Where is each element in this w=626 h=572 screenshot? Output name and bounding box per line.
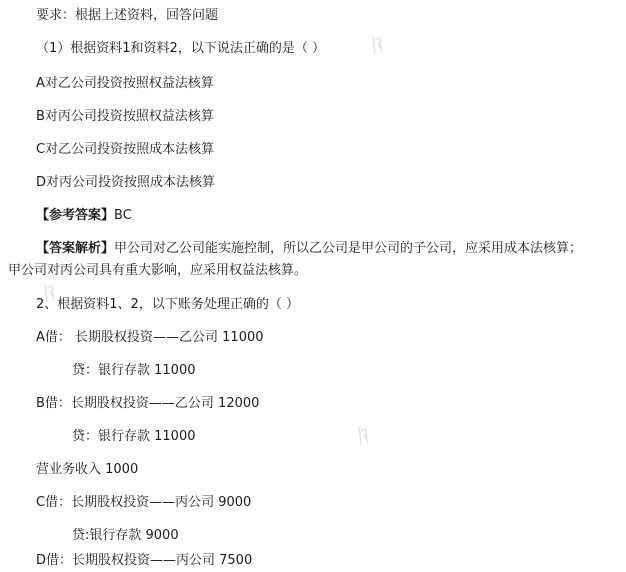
question-1-stem: （1）根据资料1和资料2，以下说法正确的是（ ） xyxy=(36,40,325,58)
reference-answer-value: BC xyxy=(114,208,132,223)
question-2-line-a-debit: A借： 长期股权投资——乙公司 11000 xyxy=(36,329,264,347)
requirement-text: 要求：根据上述资料，回答问题 xyxy=(36,7,218,25)
question-2-line-b-revenue: 营业务收入 1000 xyxy=(36,461,138,479)
reference-answer: 【参考答案】BC xyxy=(36,207,132,225)
question-2-line-c-credit: 贷:银行存款 9000 xyxy=(72,527,179,545)
question-2-stem: 2、根据资料1、2，以下账务处理正确的（ ） xyxy=(36,296,299,314)
question-2-line-b-credit: 贷：银行存款 11000 xyxy=(72,428,196,446)
answer-analysis-label: 【答案解析】 xyxy=(36,241,114,256)
question-1-option-a: A对乙公司投资按照权益法核算 xyxy=(36,75,214,93)
question-2-line-b-debit: B借：长期股权投资——乙公司 12000 xyxy=(36,395,259,413)
question-2-line-d-debit: D借：长期股权投资——丙公司 7500 xyxy=(36,552,252,570)
question-2-line-a-credit: 贷：银行存款 11000 xyxy=(72,362,196,380)
watermark-mark xyxy=(42,282,56,304)
question-2-line-c-debit: C借：长期股权投资——丙公司 9000 xyxy=(36,494,251,512)
answer-analysis-line-1: 甲公司对乙公司能实施控制，所以乙公司是甲公司的子公司，应采用成本法核算； xyxy=(114,241,582,256)
question-1-option-b: B对丙公司投资按照权益法核算 xyxy=(36,108,214,126)
answer-analysis-line-2: 甲公司对丙公司具有重大影响，应采用权益法核算。 xyxy=(8,262,307,280)
watermark-mark xyxy=(356,425,370,447)
reference-answer-label: 【参考答案】 xyxy=(36,208,114,223)
answer-analysis: 【答案解析】甲公司对乙公司能实施控制，所以乙公司是甲公司的子公司，应采用成本法核… xyxy=(36,240,582,258)
question-1-option-c: C对乙公司投资按照成本法核算 xyxy=(36,141,214,159)
question-1-option-d: D对丙公司投资按照成本法核算 xyxy=(36,174,215,192)
watermark-mark xyxy=(370,34,384,56)
